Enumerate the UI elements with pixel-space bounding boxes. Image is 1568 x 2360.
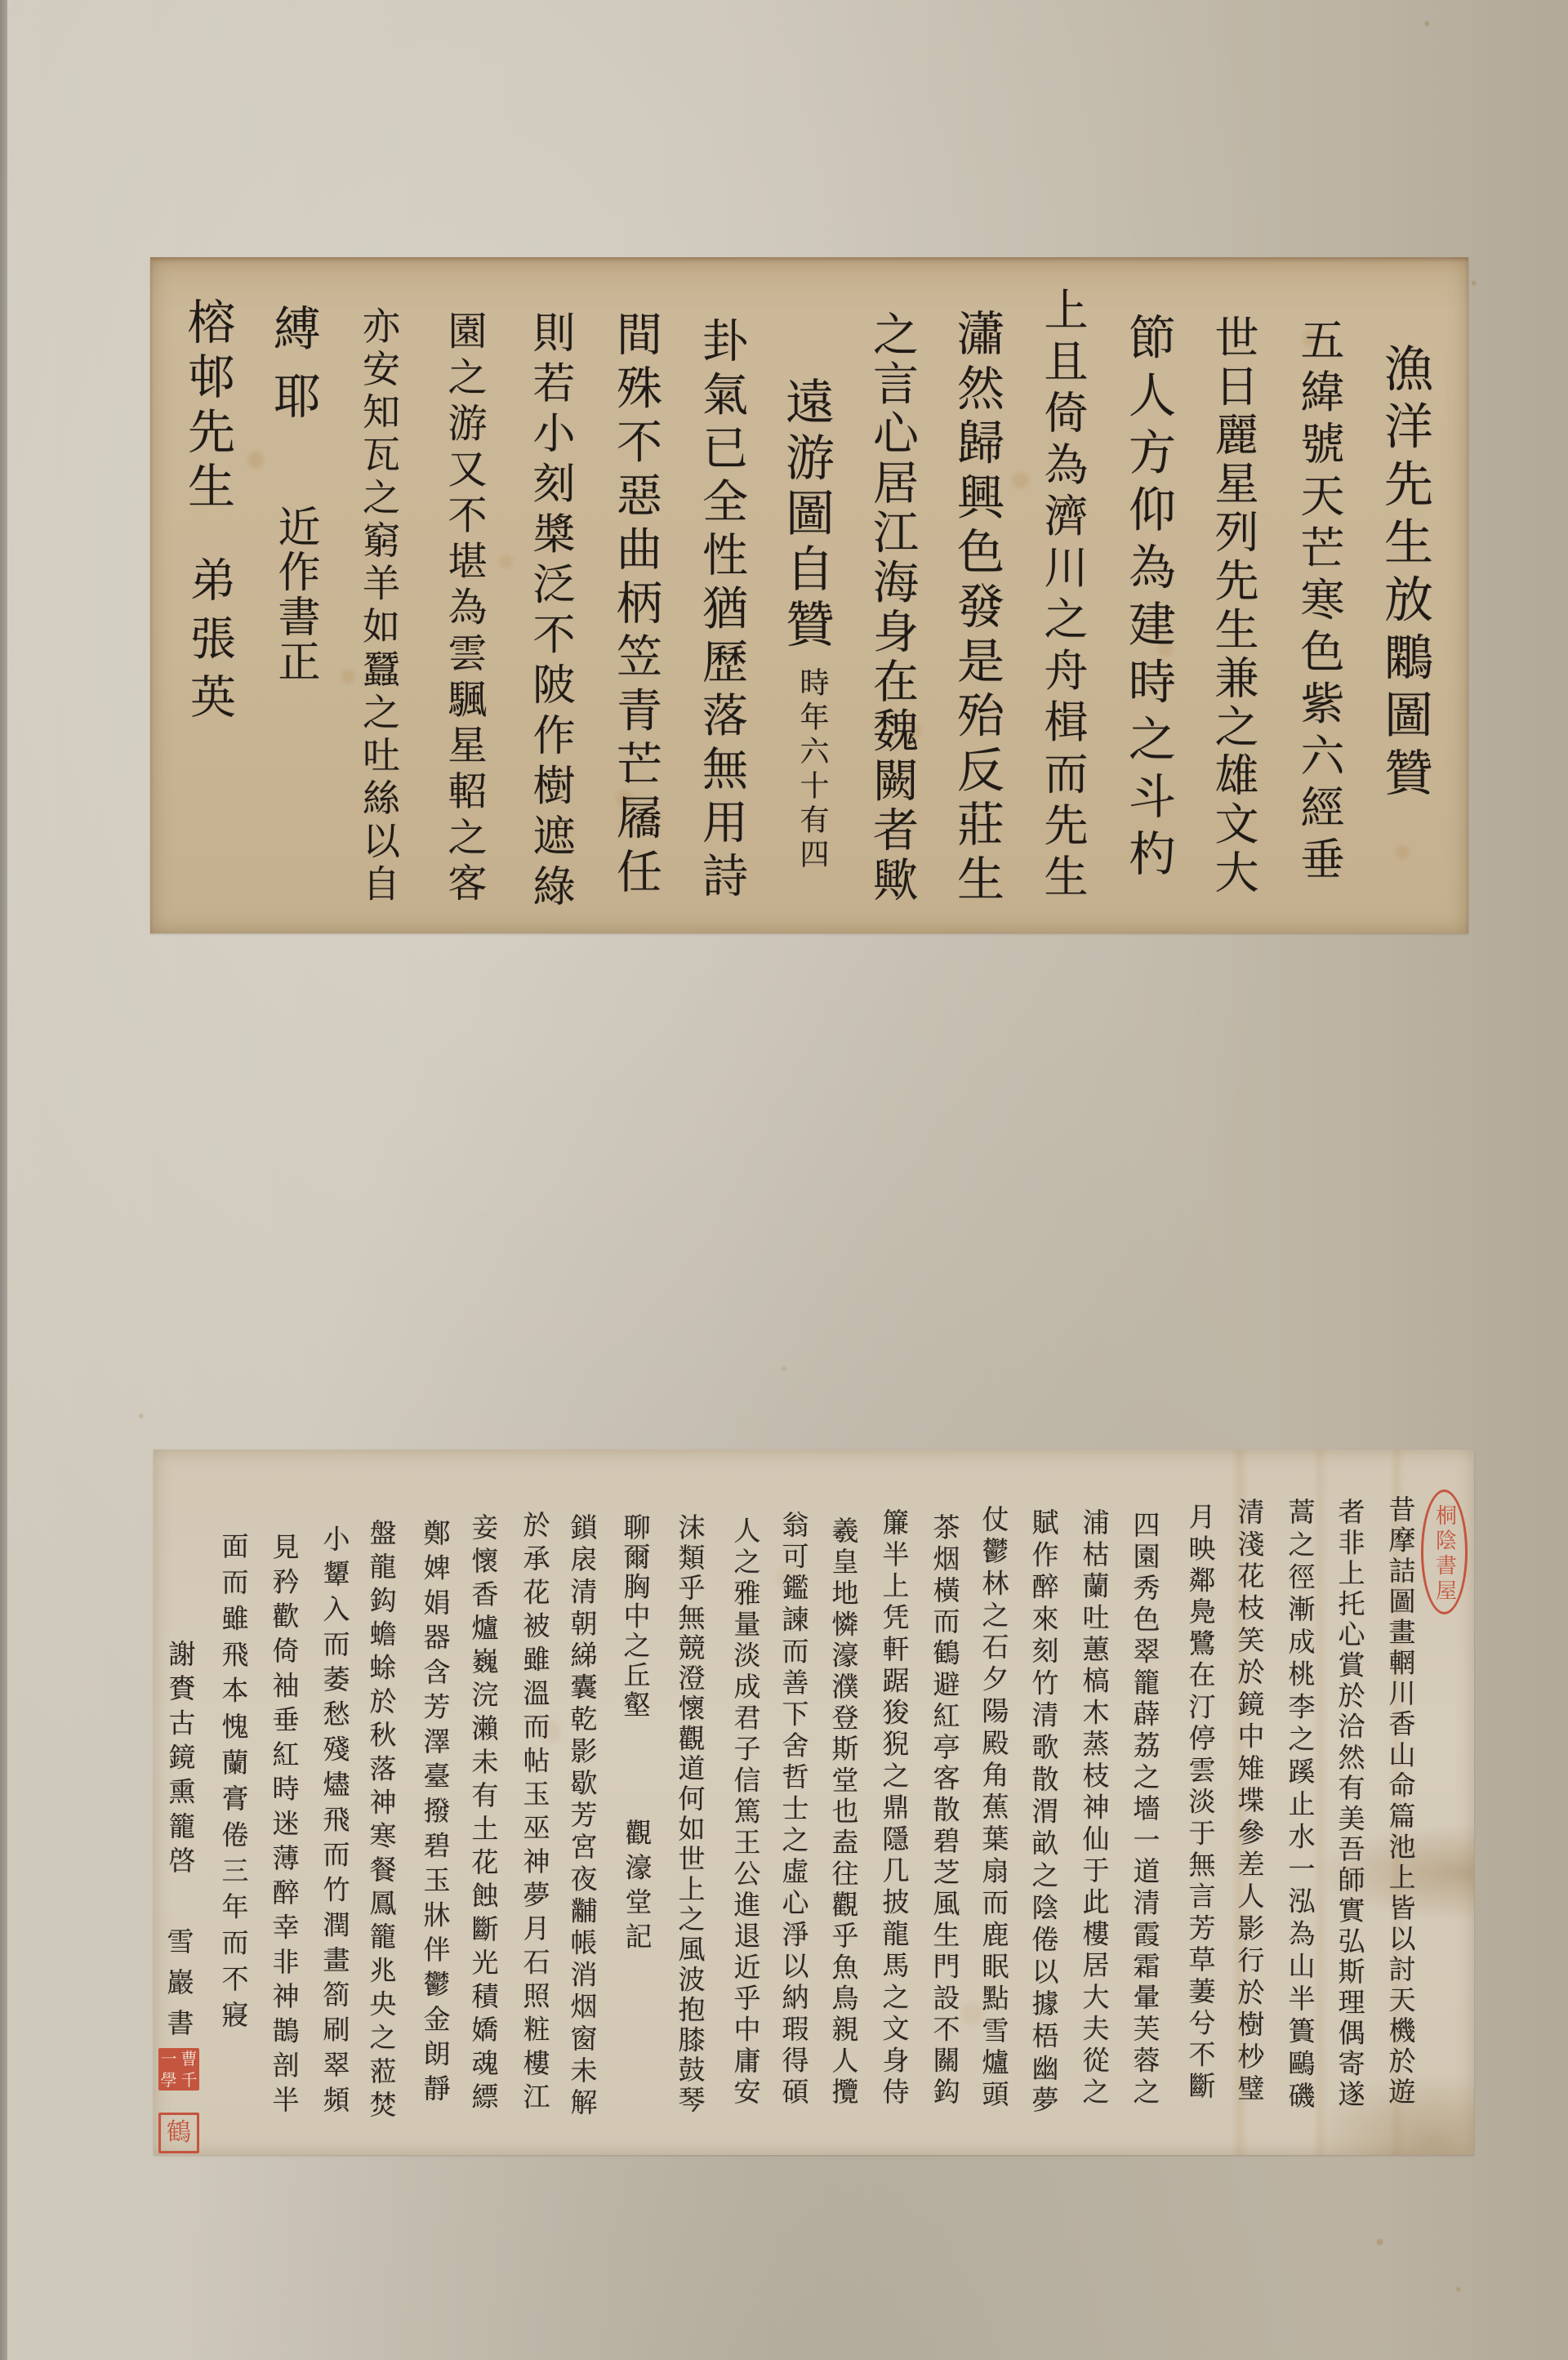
text-column: 浦枯蘭吐蕙槁木蒸枝神仙于此樓居大夫從之 (1081, 1508, 1108, 2104)
text-column: 園之游又不堪為雲颿星軺之客 (444, 310, 483, 902)
text-column: 賦作醉來刻竹清歌散渭畝之陰倦以據梧幽夢 (1031, 1508, 1058, 2113)
text-column: 聊爾胸中之丘壑 (622, 1513, 649, 1717)
signature: 雪巖書 (166, 1927, 193, 2036)
closing-remark: 近作書正 (274, 505, 316, 682)
seal-oval-red: 桐陰書屋 (1421, 1489, 1468, 1614)
text-column-title: 漁洋先生放鷴圖贊 (1380, 343, 1429, 796)
seal-glyph: 千 (181, 2072, 198, 2088)
text-column: 五緯號天芒寒色紫六經垂 (1297, 317, 1341, 880)
text-column: 者非上托心賞於洽然有美吾師實弘斯理偶寄遂 (1337, 1498, 1364, 2107)
text-column: 羲皇地憐濠濮登斯堂也盍往觀乎魚鳥親人攬 (831, 1516, 857, 2104)
text-column: 清淺花枝笑於鏡中雉堞參差人影行於樹杪璧 (1236, 1498, 1263, 2101)
text-column: 昔摩詰圖畫輞川香山命篇池上皆以討天機於遊 (1388, 1495, 1414, 2104)
seal-text: 桐陰書屋 (1434, 1504, 1455, 1601)
text-column: 妾懷香爐巍浣瀨未有土花蝕斷光積嬌魂縹 (470, 1513, 497, 2109)
text-column: 上且倚為濟川之舟楫而先生 (1040, 287, 1085, 897)
text-column: 人之雅量淡成君子信篤王公進退近乎中庸安 (733, 1516, 759, 2104)
text-column: 仗鬱林之石夕陽殿角蕉葉扇而鹿眠點雪爐頭 (981, 1505, 1008, 2107)
text-column-age-note: 時年六十有四 (797, 667, 826, 868)
seal-square-red-filled: 曹 千 一 學 (158, 2048, 199, 2091)
text-column: 小顰入而萎愁殘燼飛而竹潤畫箚刷翠頻 (322, 1525, 349, 2113)
text-column: 沫類乎無競澄懷觀道何如世上之風波抱膝鼓琴 (677, 1513, 704, 2113)
text-column: 簾半上凭軒踞狻猊之鼎隱几披龍馬之文身侍 (881, 1508, 908, 2104)
text-column: 蒿之徑漸成桃李之蹊止水一泓為山半簣鷗磯 (1287, 1498, 1314, 2108)
seal-glyph: 學 (161, 2072, 177, 2088)
text-column: 之言心居江海身在魏闕者歟 (869, 310, 915, 902)
text-column: 面而雖飛本愧蘭膏倦三年而不寢 (220, 1532, 247, 2028)
essay-title: 觀濠堂記 (624, 1819, 651, 1949)
text-column: 月映鄰鳧鷺在汀停雲淡于無言芳草萋兮不斷 (1187, 1503, 1214, 2099)
text-column: 鄭婢娟器含芳澤臺撥碧玉牀伴鬱金朗靜 (422, 1519, 449, 2101)
text-column: 世日麗星列先生兼之雄文大 (1211, 314, 1255, 893)
text-column: 間殊不惡曲柄笠青芒屩任 (612, 310, 658, 893)
recipient-name: 榕邨先生 (184, 297, 231, 509)
text-column: 見矜歡倚袖垂紅時迷薄醉幸非神鵲剖半 (271, 1533, 298, 2113)
text-column: 茶烟橫而鶴避紅亭客散碧芝風生門設不關鈎 (932, 1513, 959, 2104)
seal-glyph: 鶴 (167, 2121, 191, 2145)
signature: 弟張英 (186, 556, 232, 719)
seal-glyph: 曹 (181, 2051, 198, 2067)
text-column: 瀟然歸興色發是殆反莊生 (953, 309, 1000, 902)
upper-calligraphy-sheet: 漁洋先生放鷴圖贊 五緯號天芒寒色紫六經垂 世日麗星列先生兼之雄文大 節人方仰為建… (150, 257, 1468, 933)
text-column: 四園秀色翠籠薜荔之墻一道清霞霜暈芙蓉之 (1132, 1511, 1159, 2104)
text-column: 則若小刻槳泛不陂作樹遮綠 (528, 310, 571, 906)
text-column: 縛耶 (269, 304, 317, 419)
seal-square-red-outline: 鶴 (158, 2113, 199, 2153)
text-column: 盤龍鈎蟾蜍於秋落神寒餐鳳籠兆央之蒞焚 (368, 1519, 395, 2117)
text-column-subtitle: 遠游圖自贊 (782, 376, 831, 648)
text-column: 卦氣已全性猶歷落無用詩 (698, 317, 744, 897)
text-column: 於承花被雖溫而帖玉巫神夢月石照粧樓江 (522, 1511, 549, 2109)
seal-glyph: 一 (161, 2051, 177, 2067)
text-column: 鎖扆清朝綈囊乾影歇芳宮夜黼帳消烟窗未解 (569, 1513, 596, 2115)
text-column: 亦安知瓦之窮羊如蠶之吐絲以自 (360, 306, 398, 902)
letter-title: 謝賚古鏡熏籠啓 (167, 1640, 194, 1873)
text-column: 翁可鑑諫而善下舍哲士之虛心淨以納瑕得碩 (781, 1511, 808, 2104)
text-column: 節人方仰為建時之斗杓 (1125, 313, 1172, 876)
mount-left-edge (0, 0, 7, 2360)
lower-calligraphy-sheet: 桐陰書屋 昔摩詰圖畫輞川香山命篇池上皆以討天機於遊 者非上托心賞於洽然有美吾師實… (154, 1449, 1474, 2155)
